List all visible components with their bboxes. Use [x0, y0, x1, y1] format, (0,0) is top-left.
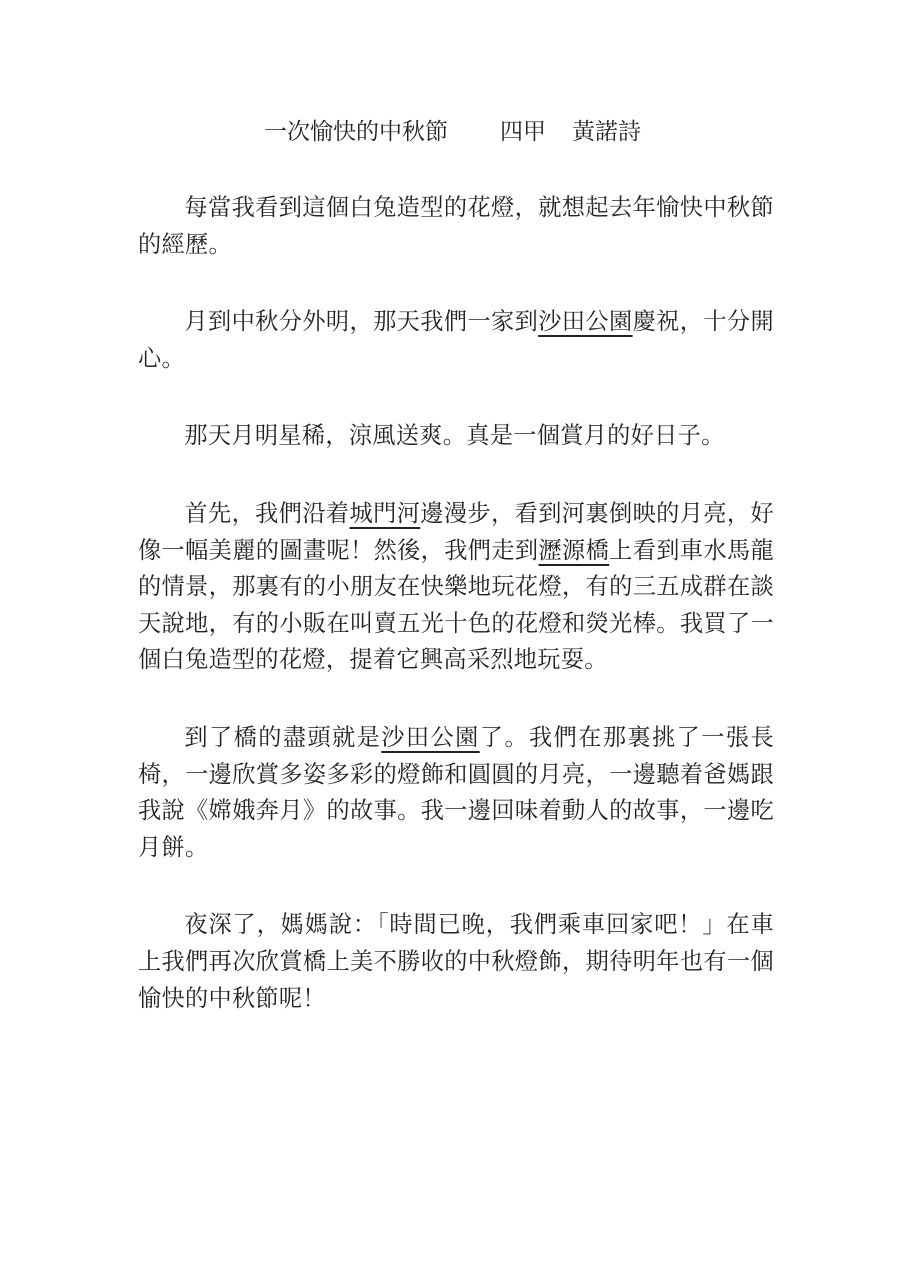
- paragraph-6: 夜深了，媽媽說：「時間已晚，我們乘車回家吧！」在車上我們再次欣賞橋上美不勝收的中…: [138, 907, 774, 1017]
- author-name: 黃諾詩: [572, 115, 641, 149]
- text-run: 那天月明星稀，涼風送爽。真是一個賞月的好日子。: [184, 422, 724, 449]
- essay-heading: 一次愉快的中秋節四甲黃諾詩: [0, 115, 905, 149]
- paragraph-4: 首先，我們沿着城門河邊漫步，看到河裏倒映的月亮，好像一幅美麗的圖畫呢！然後，我們…: [138, 496, 774, 679]
- place-name-underlined: 沙田公園: [381, 724, 479, 751]
- place-name-underlined: 城門河: [350, 500, 421, 527]
- paragraph-1: 每當我看到這個白兔造型的花燈，就想起去年愉快中秋節的經歷。: [138, 190, 774, 263]
- paragraph-3: 那天月明星稀，涼風送爽。真是一個賞月的好日子。: [138, 418, 774, 455]
- text-run: 月到中秋分外明，那天我們一家到: [184, 308, 538, 335]
- paragraph-2: 月到中秋分外明，那天我們一家到沙田公園慶祝，十分開心。: [138, 304, 774, 377]
- paragraph-5: 到了橋的盡頭就是沙田公園了。我們在那裏挑了一張長椅，一邊欣賞多姿多彩的燈飾和圓圓…: [138, 720, 774, 866]
- essay-title: 一次愉快的中秋節: [264, 115, 448, 149]
- place-name-underlined: 沙田公園: [538, 308, 632, 335]
- place-name-underlined: 瀝源橋: [538, 537, 609, 564]
- text-run: 到了橋的盡頭就是: [184, 724, 381, 751]
- essay-body: 每當我看到這個白兔造型的花燈，就想起去年愉快中秋節的經歷。 月到中秋分外明，那天…: [138, 190, 774, 1058]
- class-label: 四甲: [500, 115, 546, 149]
- text-run: 夜深了，媽媽說：「時間已晚，我們乘車回家吧！」在車上我們再次欣賞橋上美不勝收的中…: [138, 911, 774, 1011]
- text-run: 每當我看到這個白兔造型的花燈，就想起去年愉快中秋節的經歷。: [138, 194, 774, 258]
- text-run: 首先，我們沿着: [184, 500, 349, 527]
